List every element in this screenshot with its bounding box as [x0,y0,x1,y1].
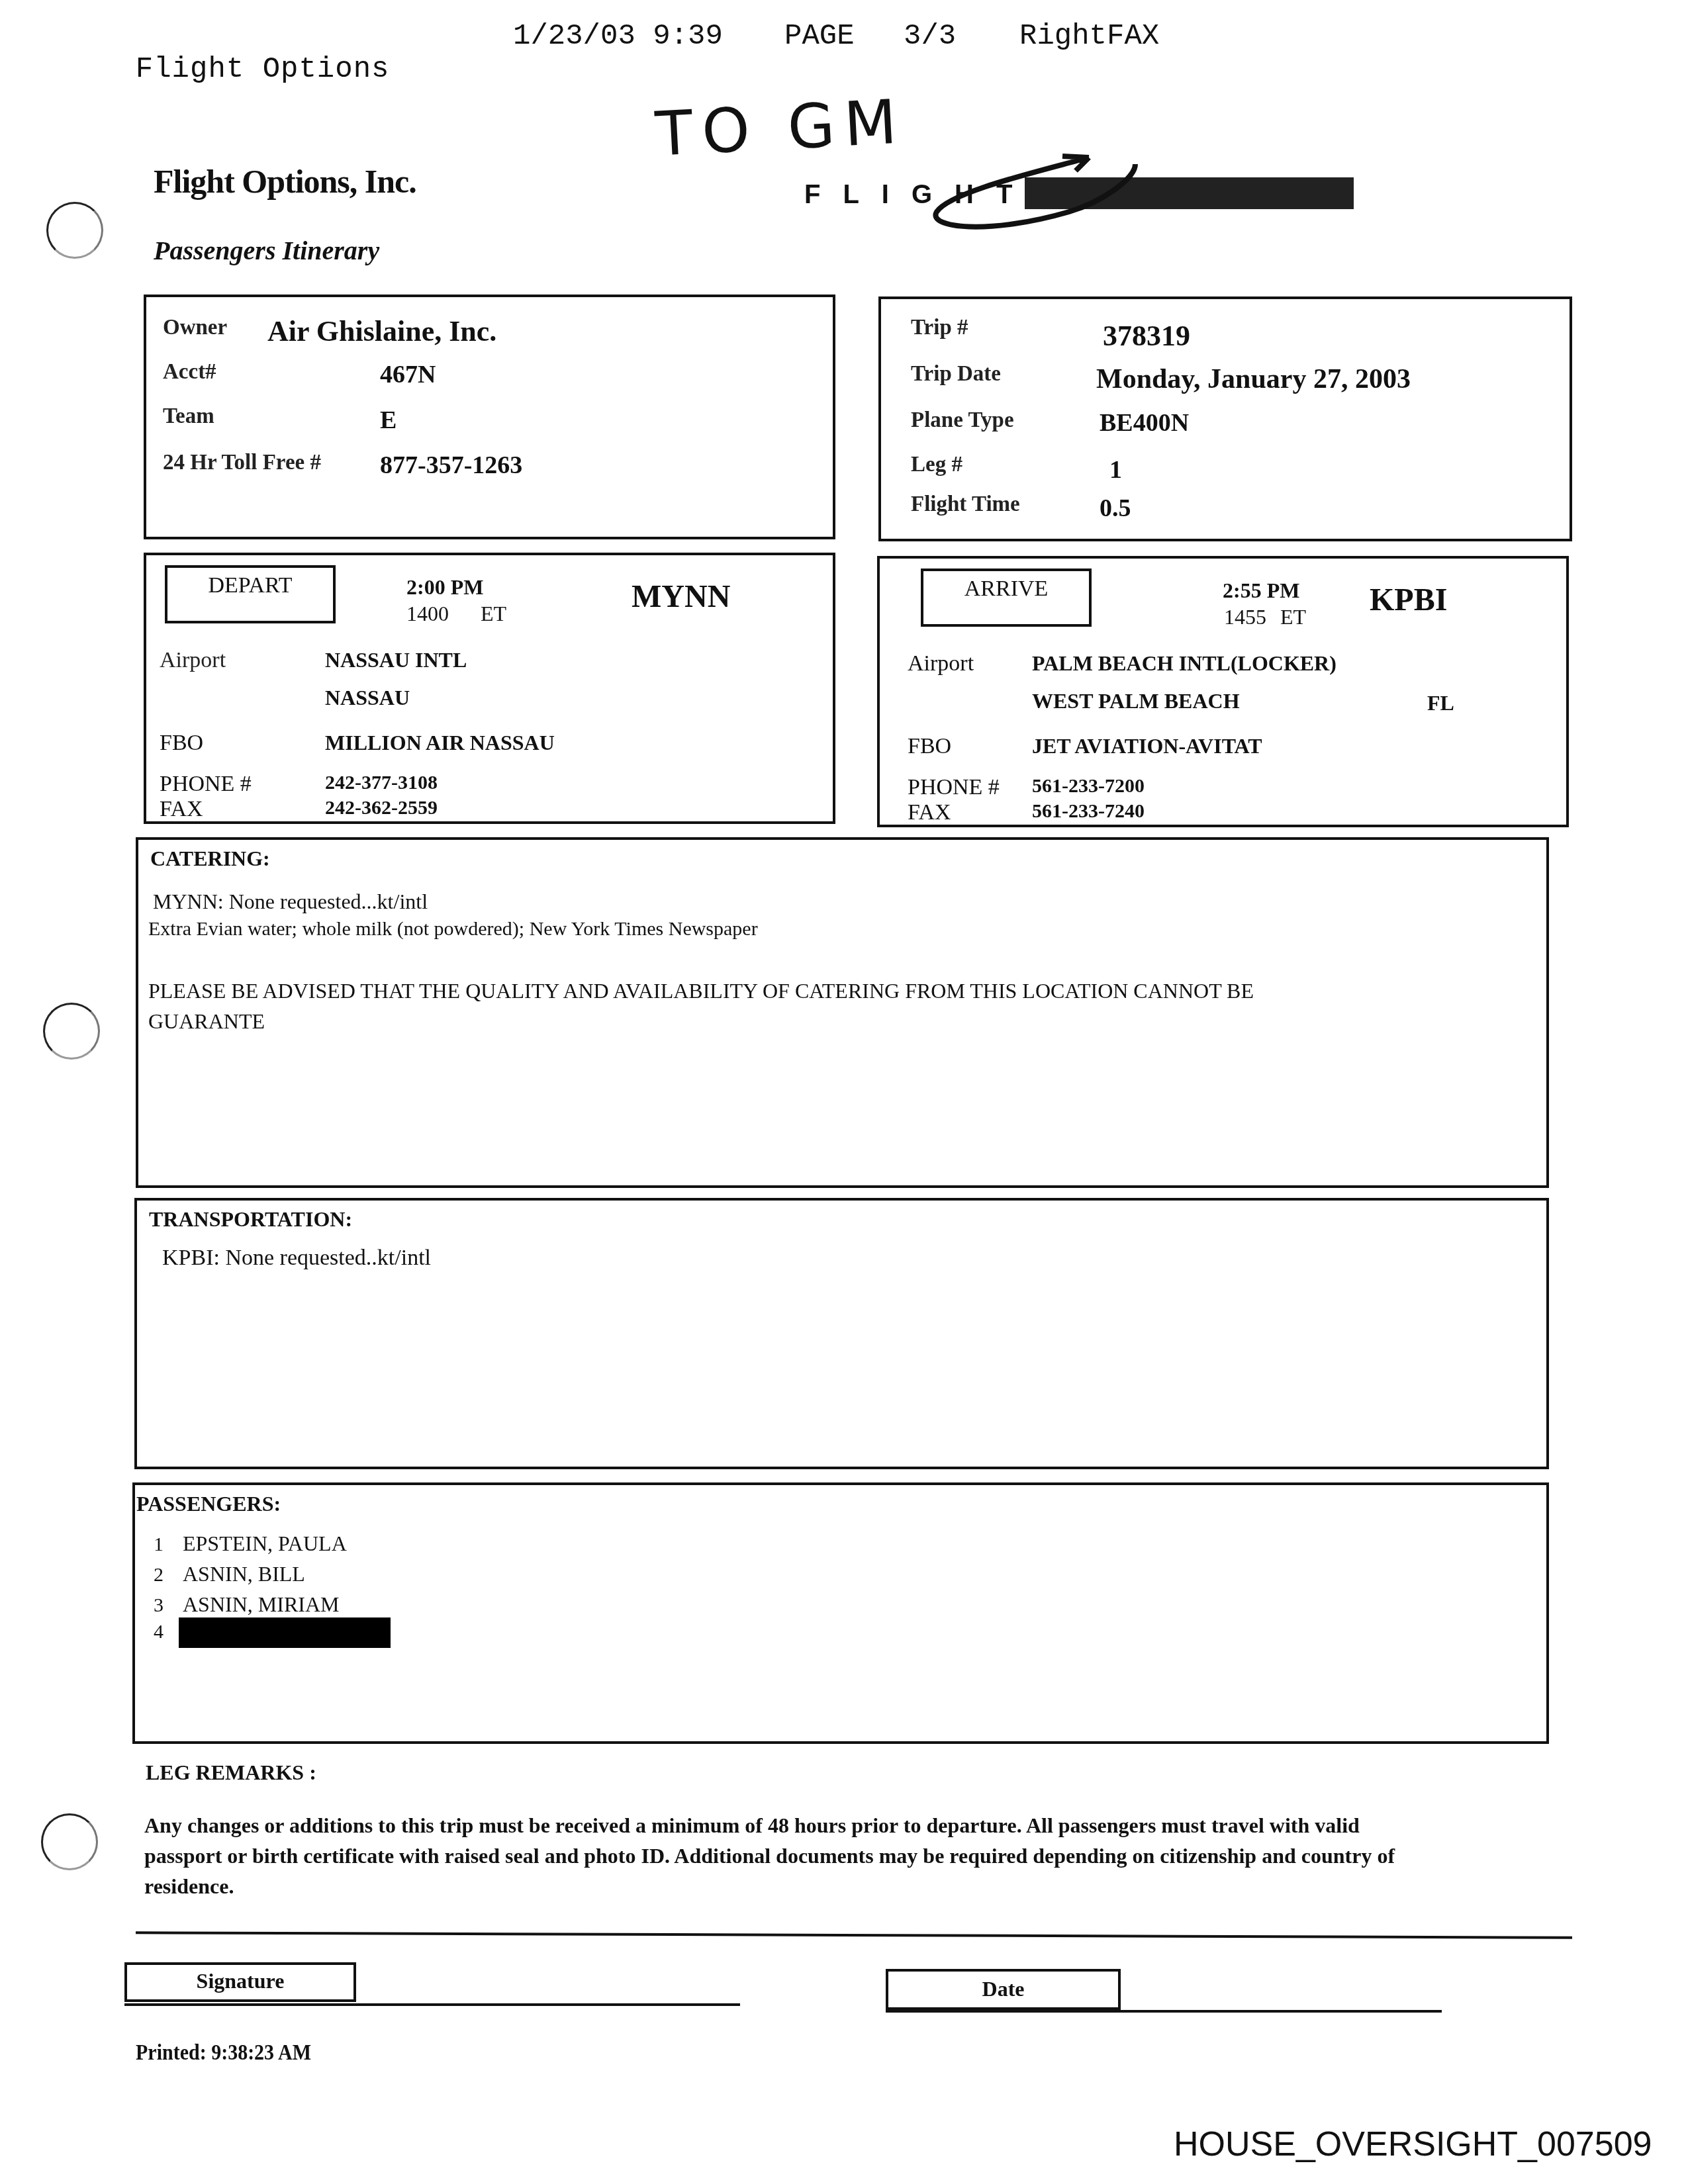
date-line[interactable] [886,2010,1442,2013]
catering-notice-line-1: PLEASE BE ADVISED THAT THE QUALITY AND A… [148,979,1254,1003]
passenger-number: 1 [154,1533,180,1556]
hole-punch-top [46,202,103,259]
acct-label: Acct# [163,360,216,385]
depart-time-local: 2:00 PM [406,575,483,600]
document-title: Passengers Itinerary [154,235,379,266]
passengers-box: PASSENGERS: 1 EPSTEIN, PAULA 2 ASNIN, BI… [132,1482,1549,1744]
flight-time-value: 0.5 [1100,494,1131,523]
depart-fbo: MILLION AIR NASSAU [325,731,555,755]
depart-fax-label: FAX [160,797,203,822]
trip-value: 378319 [1103,319,1190,353]
catering-line-1: MYNN: None requested...kt/intl [153,889,428,914]
fax-header: Flight Options [99,20,389,86]
leg-remarks-title: LEG REMARKS : [146,1760,316,1785]
depart-box: DEPART 2:00 PM 1400 ET MYNN Airport NASS… [144,553,835,824]
passengers-title: PASSENGERS: [136,1492,281,1516]
depart-city: NASSAU [325,686,410,710]
leg-remarks-line-2: passport or birth certificate with raise… [144,1841,1548,1871]
arrive-airport-code: KPBI [1370,582,1447,618]
arrive-time-local: 2:55 PM [1223,578,1299,603]
catering-notice-line-2: GUARANTE [148,1009,265,1034]
arrive-fbo-label: FBO [908,734,951,759]
flight-time-label: Flight Time [911,492,1020,517]
acct-value: 467N [380,360,436,389]
depart-tz: ET [481,602,506,626]
signature-label: Signature [127,1969,353,1993]
owner-box: Owner Air Ghislaine, Inc. Acct# 467N Tea… [144,295,835,539]
team-label: Team [163,404,214,429]
leg-value: 1 [1109,455,1122,484]
trip-date-label: Trip Date [911,362,1001,387]
logo-swoosh-icon [870,152,1215,238]
fax-page-number: 3/3 [904,20,956,53]
company-logo: FLIGHT [804,152,1354,238]
catering-box: CATERING: MYNN: None requested...kt/intl… [136,837,1549,1188]
signature-line[interactable] [124,2003,740,2006]
arrive-tz: ET [1280,605,1306,629]
leg-remarks-line-3: residence. [144,1871,1548,1901]
plane-type-label: Plane Type [911,408,1014,433]
passenger-name: EPSTEIN, PAULA [183,1531,347,1555]
passenger-row: 4 [154,1621,180,1643]
printed-timestamp: Printed: 9:38:23 AM [136,2041,311,2062]
leg-label: Leg # [911,453,962,477]
passenger-number: 4 [154,1621,180,1643]
transportation-title: TRANSPORTATION: [149,1207,352,1232]
transportation-line-1: KPBI: None requested..kt/intl [162,1246,431,1271]
passenger-number: 3 [154,1594,180,1617]
arrive-box: ARRIVE 2:55 PM 1455 ET KPBI Airport PALM… [877,556,1569,827]
depart-time-24: 1400 [406,602,449,626]
signature-label-box: Signature [124,1962,356,2002]
depart-airport: NASSAU INTL [325,648,467,672]
tollfree-value: 877-357-1263 [380,451,522,480]
leg-remarks-line-1: Any changes or additions to this trip mu… [144,1810,1548,1841]
bates-number: HOUSE_OVERSIGHT_007509 [1174,2124,1652,2164]
arrive-fax: 561-233-7240 [1032,800,1145,823]
depart-fbo-label: FBO [160,731,203,756]
fax-sender: Flight Options [136,53,390,86]
tollfree-label: 24 Hr Toll Free # [163,451,321,475]
date-label: Date [888,1977,1118,2001]
depart-airport-code: MYNN [632,578,730,615]
plane-type-value: BE400N [1100,408,1189,437]
arrive-tag-box: ARRIVE [921,569,1092,627]
depart-airport-label: Airport [160,648,226,673]
catering-line-2: Extra Evian water; whole milk (not powde… [148,918,758,940]
owner-label: Owner [163,316,227,340]
section-divider [136,1931,1572,1939]
arrive-fbo: JET AVIATION-AVITAT [1032,734,1262,758]
transportation-box: TRANSPORTATION: KPBI: None requested..kt… [134,1198,1549,1469]
passenger-name: ASNIN, BILL [183,1562,305,1586]
arrive-city: WEST PALM BEACH [1032,689,1240,713]
arrive-time-24: 1455 [1224,605,1266,629]
arrive-phone: 561-233-7200 [1032,775,1145,797]
owner-value: Air Ghislaine, Inc. [267,314,496,348]
trip-label: Trip # [911,316,968,340]
passenger-name: ASNIN, MIRIAM [183,1592,339,1616]
trip-date-value: Monday, January 27, 2003 [1096,363,1411,395]
catering-title: CATERING: [150,846,270,871]
passenger-number: 2 [154,1564,180,1586]
depart-phone: 242-377-3108 [325,772,438,794]
arrive-airport: PALM BEACH INTL(LOCKER) [1032,651,1336,676]
passenger-row: 2 ASNIN, BILL [154,1562,305,1586]
leg-remarks-text: Any changes or additions to this trip mu… [144,1810,1548,1901]
arrive-state: FL [1427,691,1454,715]
depart-tag: DEPART [167,573,333,598]
redacted-passenger-name [179,1617,391,1648]
trip-box: Trip # 378319 Trip Date Monday, January … [878,296,1572,541]
passenger-row: 1 EPSTEIN, PAULA [154,1531,347,1556]
arrive-fax-label: FAX [908,800,951,825]
fax-datetime: 1/23/03 9:39 [513,20,723,53]
depart-phone-label: PHONE # [160,772,252,797]
company-name: Flight Options, Inc. [154,162,416,201]
fax-page-label: PAGE [784,20,855,53]
arrive-phone-label: PHONE # [908,775,1000,800]
depart-tag-box: DEPART [165,565,336,623]
fax-service: RightFAX [1019,20,1159,53]
arrive-tag: ARRIVE [923,576,1089,602]
date-label-box: Date [886,1969,1121,2010]
hole-punch-middle [43,1003,100,1060]
passenger-row: 3 ASNIN, MIRIAM [154,1592,339,1617]
team-value: E [380,406,397,435]
hole-punch-bottom [41,1813,98,1870]
depart-fax: 242-362-2559 [325,797,438,819]
arrive-airport-label: Airport [908,651,974,676]
